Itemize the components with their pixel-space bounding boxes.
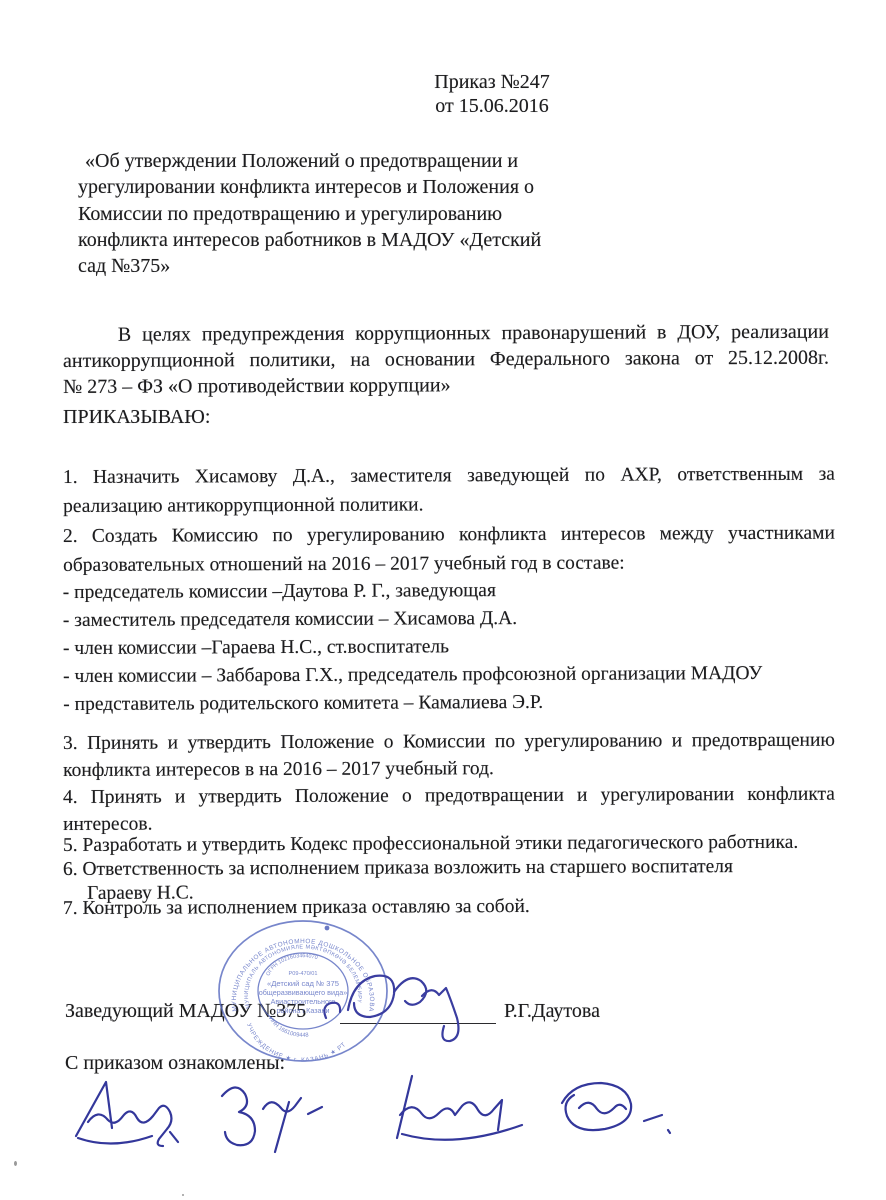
- ack-signature-1: [76, 1082, 178, 1146]
- preamble-line: № 273 – ФЗ «О противодействии коррупции»: [63, 371, 829, 400]
- member-line: - председатель комиссии –Даутова Р. Г., …: [63, 576, 835, 607]
- order-item-2: 2. Создать Комиссию по урегулированию ко…: [63, 519, 835, 580]
- signature-stroke: [348, 976, 394, 1017]
- director-name: Р.Г.Даутова: [504, 1000, 600, 1023]
- scan-speck: [182, 1194, 184, 1196]
- acknowledgement-signatures: [60, 1072, 700, 1167]
- director-signature: [318, 956, 488, 1051]
- ack-signature-4: [562, 1083, 670, 1133]
- signature-stroke: [324, 1003, 340, 1018]
- subject-line: урегулировании конфликта интересов и Пол…: [78, 174, 583, 200]
- scan-speck: [14, 1161, 17, 1166]
- subject-line: Комиссии по предотвращению и урегулирова…: [78, 201, 583, 227]
- item-line: конфликта интересов в на 2016 – 2017 уче…: [63, 754, 835, 784]
- order-item-4: 4. Принять и утвердить Положение о предо…: [63, 781, 835, 838]
- preamble-line: антикоррупционной политики, на основании…: [63, 345, 829, 374]
- order-item-1: 1. Назначить Хисамову Д.А., заместителя …: [63, 460, 835, 521]
- order-header: Приказ №247 от 15.06.2016: [0, 70, 886, 118]
- member-line: - заместитель председателя комиссии – Хи…: [63, 604, 835, 635]
- scanned-order-page: Приказ №247 от 15.06.2016 «Об утверждени…: [0, 0, 886, 1200]
- commission-members-list: - председатель комиссии –Даутова Р. Г., …: [63, 576, 836, 719]
- signature-stroke: [422, 988, 458, 1041]
- order-item-3: 3. Принять и утвердить Положение о Комис…: [63, 727, 835, 784]
- ack-signature-3: [397, 1076, 522, 1140]
- subject-line: «Об утверждении Положений о предотвращен…: [78, 148, 583, 174]
- item-line: 6. Ответственность за исполнением приказ…: [63, 855, 835, 882]
- order-word: ПРИКАЗЫВАЮ:: [63, 406, 210, 429]
- order-date: от 15.06.2016: [98, 94, 886, 118]
- order-item-5: 5. Разработать и утвердить Кодекс профес…: [63, 831, 835, 858]
- member-line: - представитель родительского комитета –…: [63, 688, 835, 719]
- order-item-7: 7. Контроль за исполнением приказа остав…: [63, 894, 835, 921]
- ack-signature-2: [222, 1087, 322, 1152]
- order-subject: «Об утверждении Положений о предотвращен…: [78, 148, 583, 279]
- item-line: 3. Принять и утвердить Положение о Комис…: [63, 727, 835, 757]
- order-preamble: В целях предупреждения коррупционных пра…: [63, 319, 829, 400]
- seal-code: Р09-470/01: [289, 971, 318, 977]
- member-line: - член комиссии –Гараева Н.С., ст.воспит…: [63, 632, 835, 663]
- subject-line: сад №375»: [78, 253, 583, 279]
- preamble-line: В целях предупреждения коррупционных пра…: [63, 319, 829, 348]
- subject-line: конфликта интересов работников в МАДОУ «…: [78, 227, 583, 253]
- item-line: 1. Назначить Хисамову Д.А., заместителя …: [63, 460, 835, 492]
- seal-top-dot: [325, 926, 330, 931]
- item-line: 4. Принять и утвердить Положение о предо…: [63, 781, 835, 811]
- order-title: Приказ №247: [98, 70, 886, 94]
- member-line: - член комиссии – Заббарова Г.Х., предсе…: [63, 660, 835, 691]
- item-line: 2. Создать Комиссию по урегулированию ко…: [63, 519, 835, 551]
- item-line: реализацию антикоррупционной политики.: [63, 489, 835, 521]
- signature-stroke: [394, 978, 426, 1005]
